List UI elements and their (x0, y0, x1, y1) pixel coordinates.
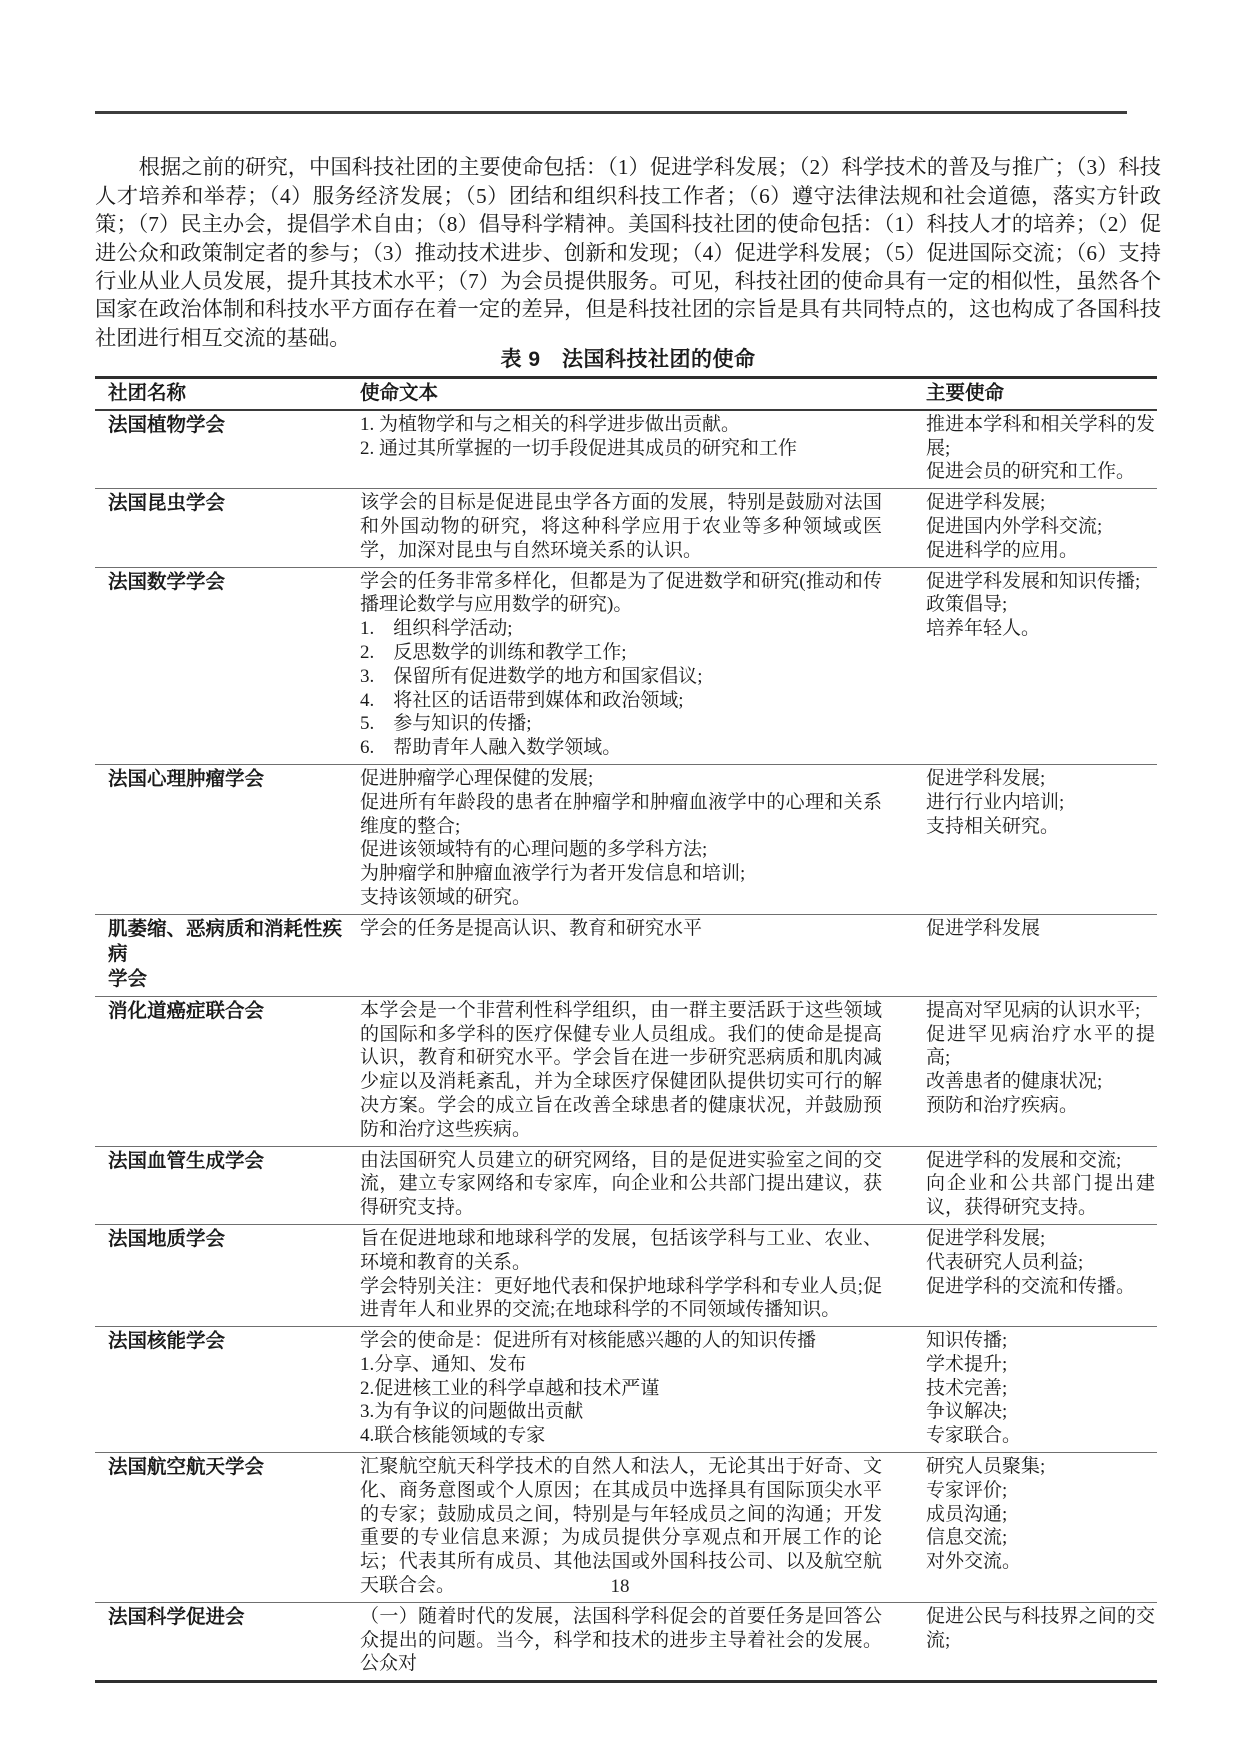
mission-text-cell: 1. 为植物学和与之相关的科学进步做出贡献。 2. 通过其所掌握的一切手段促进其… (360, 410, 920, 489)
page-number: 18 (0, 1576, 1240, 1598)
mission-text-cell: 促进肿瘤学心理保健的发展; 促进所有年龄段的患者在肿瘤学和肿瘤血液学中的心理和关… (360, 764, 920, 914)
table-row: 消化道癌症联合会 本学会是一个非营利性科学组织，由一群主要活跃于这些领域的国际和… (95, 996, 1157, 1146)
table-row: 法国地质学会 旨在促进地球和地球科学的发展，包括该学科与工业、农业、环境和教育的… (95, 1224, 1157, 1326)
header-divider (95, 111, 1127, 114)
society-name-cell: 法国昆虫学会 (95, 489, 360, 567)
main-mission-cell: 知识传播; 学术提升; 技术完善; 争议解决; 专家联合。 (920, 1327, 1157, 1453)
society-name-cell: 法国核能学会 (95, 1327, 360, 1453)
mission-text-cell: 本学会是一个非营利性科学组织，由一群主要活跃于这些领域的国际和多学科的医疗保健专… (360, 996, 920, 1146)
mission-text-cell: 学会的任务非常多样化，但都是为了促进数学和研究(推动和传播理论数学与应用数学的研… (360, 567, 920, 764)
table-row: 肌萎缩、恶病质和消耗性疾病 学会 学会的任务是提高认识、教育和研究水平 促进学科… (95, 914, 1157, 996)
table-row: 法国昆虫学会 该学会的目标是促进昆虫学各方面的发展，特别是鼓励对法国和外国动物的… (95, 489, 1157, 567)
table-row: 法国心理肿瘤学会 促进肿瘤学心理保健的发展; 促进所有年龄段的患者在肿瘤学和肿瘤… (95, 764, 1157, 914)
mission-text-cell: （一）随着时代的发展，法国科学科促会的首要任务是回答公众提出的问题。当今，科学和… (360, 1602, 920, 1681)
mission-text-cell: 旨在促进地球和地球科学的发展，包括该学科与工业、农业、环境和教育的关系。 学会特… (360, 1224, 920, 1326)
document-page: 根据之前的研究，中国科技社团的主要使命包括：（1）促进学科发展；（2）科学技术的… (0, 0, 1240, 1753)
table-row: 法国科学促进会 （一）随着时代的发展，法国科学科促会的首要任务是回答公众提出的问… (95, 1602, 1157, 1681)
column-header-main-mission: 主要使命 (920, 378, 1157, 410)
main-mission-cell: 提高对罕见病的认识水平; 促进罕见病治疗水平的提高; 改善患者的健康状况; 预防… (920, 996, 1157, 1146)
society-name-cell: 法国心理肿瘤学会 (95, 764, 360, 914)
main-mission-cell: 促进公民与科技界之间的交流; (920, 1602, 1157, 1681)
main-mission-cell: 推进本学科和相关学科的发展; 促进会员的研究和工作。 (920, 410, 1157, 489)
intro-paragraph: 根据之前的研究，中国科技社团的主要使命包括：（1）促进学科发展；（2）科学技术的… (95, 153, 1161, 352)
society-name-cell: 肌萎缩、恶病质和消耗性疾病 学会 (95, 914, 360, 996)
mission-text-cell: 学会的任务是提高认识、教育和研究水平 (360, 914, 920, 996)
main-mission-cell: 促进学科发展; 代表研究人员利益; 促进学科的交流和传播。 (920, 1224, 1157, 1326)
table-header-row: 社团名称 使命文本 主要使命 (95, 378, 1157, 410)
column-header-society-name: 社团名称 (95, 378, 360, 410)
main-mission-cell: 促进学科发展和知识传播; 政策倡导; 培养年轻人。 (920, 567, 1157, 764)
main-mission-cell: 促进学科的发展和交流; 向企业和公共部门提出建议，获得研究支持。 (920, 1146, 1157, 1224)
society-name-cell: 消化道癌症联合会 (95, 996, 360, 1146)
society-name-cell: 法国植物学会 (95, 410, 360, 489)
table-caption: 表 9 法国科技社团的使命 (95, 343, 1161, 373)
table-row: 法国植物学会 1. 为植物学和与之相关的科学进步做出贡献。 2. 通过其所掌握的… (95, 410, 1157, 489)
society-name-cell: 法国地质学会 (95, 1224, 360, 1326)
society-name-cell: 法国血管生成学会 (95, 1146, 360, 1224)
column-header-mission-text: 使命文本 (360, 378, 920, 410)
main-mission-cell: 促进学科发展 (920, 914, 1157, 996)
table-body: 法国植物学会 1. 为植物学和与之相关的科学进步做出贡献。 2. 通过其所掌握的… (95, 410, 1157, 1682)
society-name-cell: 法国数学学会 (95, 567, 360, 764)
main-mission-cell: 促进学科发展; 进行行业内培训; 支持相关研究。 (920, 764, 1157, 914)
main-mission-cell: 促进学科发展; 促进国内外学科交流; 促进科学的应用。 (920, 489, 1157, 567)
table-row: 法国数学学会 学会的任务非常多样化，但都是为了促进数学和研究(推动和传播理论数学… (95, 567, 1157, 764)
missions-table: 社团名称 使命文本 主要使命 法国植物学会 1. 为植物学和与之相关的科学进步做… (95, 376, 1157, 1683)
mission-text-cell: 学会的使命是：促进所有对核能感兴趣的人的知识传播 1.分享、通知、发布 2.促进… (360, 1327, 920, 1453)
table-row: 法国核能学会 学会的使命是：促进所有对核能感兴趣的人的知识传播 1.分享、通知、… (95, 1327, 1157, 1453)
society-name-cell: 法国科学促进会 (95, 1602, 360, 1681)
mission-text-cell: 由法国研究人员建立的研究网络，目的是促进实验室之间的交流，建立专家网络和专家库，… (360, 1146, 920, 1224)
table-row: 法国血管生成学会 由法国研究人员建立的研究网络，目的是促进实验室之间的交流，建立… (95, 1146, 1157, 1224)
mission-text-cell: 该学会的目标是促进昆虫学各方面的发展，特别是鼓励对法国和外国动物的研究，将这种科… (360, 489, 920, 567)
